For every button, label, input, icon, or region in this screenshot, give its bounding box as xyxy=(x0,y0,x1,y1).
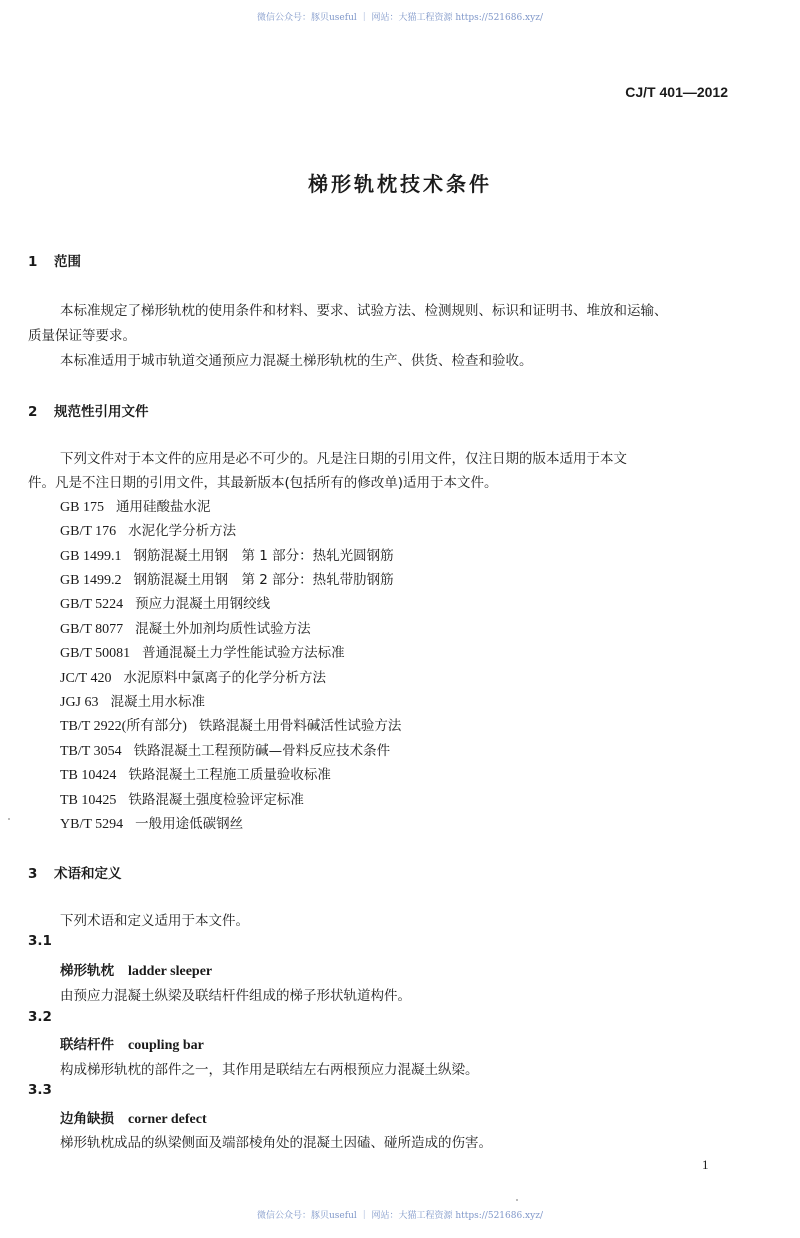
reference-item: TB/T 2922(所有部分)铁路混凝土用骨料碱活性试验方法 xyxy=(60,714,401,735)
section-number: 3 xyxy=(28,866,54,882)
document-title: 梯形轨枕技术条件 xyxy=(0,168,800,197)
watermark-top: 微信公众号：豚贝useful ｜ 网站：大猫工程资源 https://52168… xyxy=(0,10,800,23)
scope-applicability: 本标准适用于城市轨道交通预应力混凝土梯形轨枕的生产、供货、检查和验收。 xyxy=(60,349,533,369)
scope-paragraph-line1: 本标准规定了梯形轨枕的使用条件和材料、要求、试验方法、检测规则、标识和证明书、堆… xyxy=(60,299,668,319)
reference-item: GB 1499.1钢筋混凝土用钢 第 1 部分：热轧光圆钢筋 xyxy=(60,544,394,565)
scope-paragraph-line2: 质量保证等要求。 xyxy=(28,324,136,344)
reference-item: GB/T 50081普通混凝土力学性能试验方法标准 xyxy=(60,641,345,662)
references-intro-line1: 下列文件对于本文件的应用是必不可少的。凡是注日期的引用文件，仅注日期的版本适用于… xyxy=(60,447,627,467)
reference-item: JGJ 63混凝土用水标准 xyxy=(60,690,205,711)
term-number: 3.2 xyxy=(28,1009,52,1025)
standard-code: CJ/T 401—2012 xyxy=(625,84,728,100)
term-number: 3.1 xyxy=(28,933,52,949)
scan-speck xyxy=(516,1199,518,1201)
reference-item: TB 10424铁路混凝土工程施工质量验收标准 xyxy=(60,763,331,784)
term-number: 3.3 xyxy=(28,1082,52,1098)
reference-item: YB/T 5294一般用途低碳钢丝 xyxy=(60,812,243,833)
reference-item: JC/T 420水泥原料中氯离子的化学分析方法 xyxy=(60,666,326,687)
term-title: 梯形轨枕ladder sleeper xyxy=(60,959,212,980)
term-definition: 梯形轨枕成品的纵梁侧面及端部棱角处的混凝土因磕、碰所造成的伤害。 xyxy=(60,1131,492,1151)
reference-item: TB/T 3054铁路混凝土工程预防碱—骨料反应技术条件 xyxy=(60,739,390,760)
reference-item: TB 10425铁路混凝土强度检验评定标准 xyxy=(60,788,304,809)
section-number: 1 xyxy=(28,254,54,270)
section-title: 范围 xyxy=(54,254,81,270)
term-definition: 构成梯形轨枕的部件之一，其作用是联结左右两根预应力混凝土纵梁。 xyxy=(60,1058,479,1078)
reference-item: GB 175通用硅酸盐水泥 xyxy=(60,495,210,516)
terms-intro: 下列术语和定义适用于本文件。 xyxy=(60,909,249,929)
term-title: 边角缺损corner defect xyxy=(60,1107,207,1128)
term-definition: 由预应力混凝土纵梁及联结杆件组成的梯子形状轨道构件。 xyxy=(60,984,411,1004)
section-3-heading: 3术语和定义 xyxy=(28,862,122,882)
references-intro-line2: 件。凡是不注日期的引用文件，其最新版本(包括所有的修改单)适用于本文件。 xyxy=(28,471,498,491)
reference-item: GB/T 176水泥化学分析方法 xyxy=(60,519,236,540)
reference-item: GB/T 8077混凝土外加剂均质性试验方法 xyxy=(60,617,311,638)
page-number: 1 xyxy=(702,1157,709,1173)
term-title: 联结杆件coupling bar xyxy=(60,1033,204,1054)
section-2-heading: 2规范性引用文件 xyxy=(28,400,149,420)
reference-item: GB 1499.2钢筋混凝土用钢 第 2 部分：热轧带肋钢筋 xyxy=(60,568,394,589)
reference-item: GB/T 5224预应力混凝土用钢绞线 xyxy=(60,592,270,613)
watermark-bottom: 微信公众号：豚贝useful ｜ 网站：大猫工程资源 https://52168… xyxy=(0,1208,800,1221)
section-1-heading: 1范围 xyxy=(28,250,81,270)
scan-speck xyxy=(8,818,10,820)
section-title: 术语和定义 xyxy=(54,866,122,882)
section-number: 2 xyxy=(28,404,54,420)
section-title: 规范性引用文件 xyxy=(54,404,149,420)
